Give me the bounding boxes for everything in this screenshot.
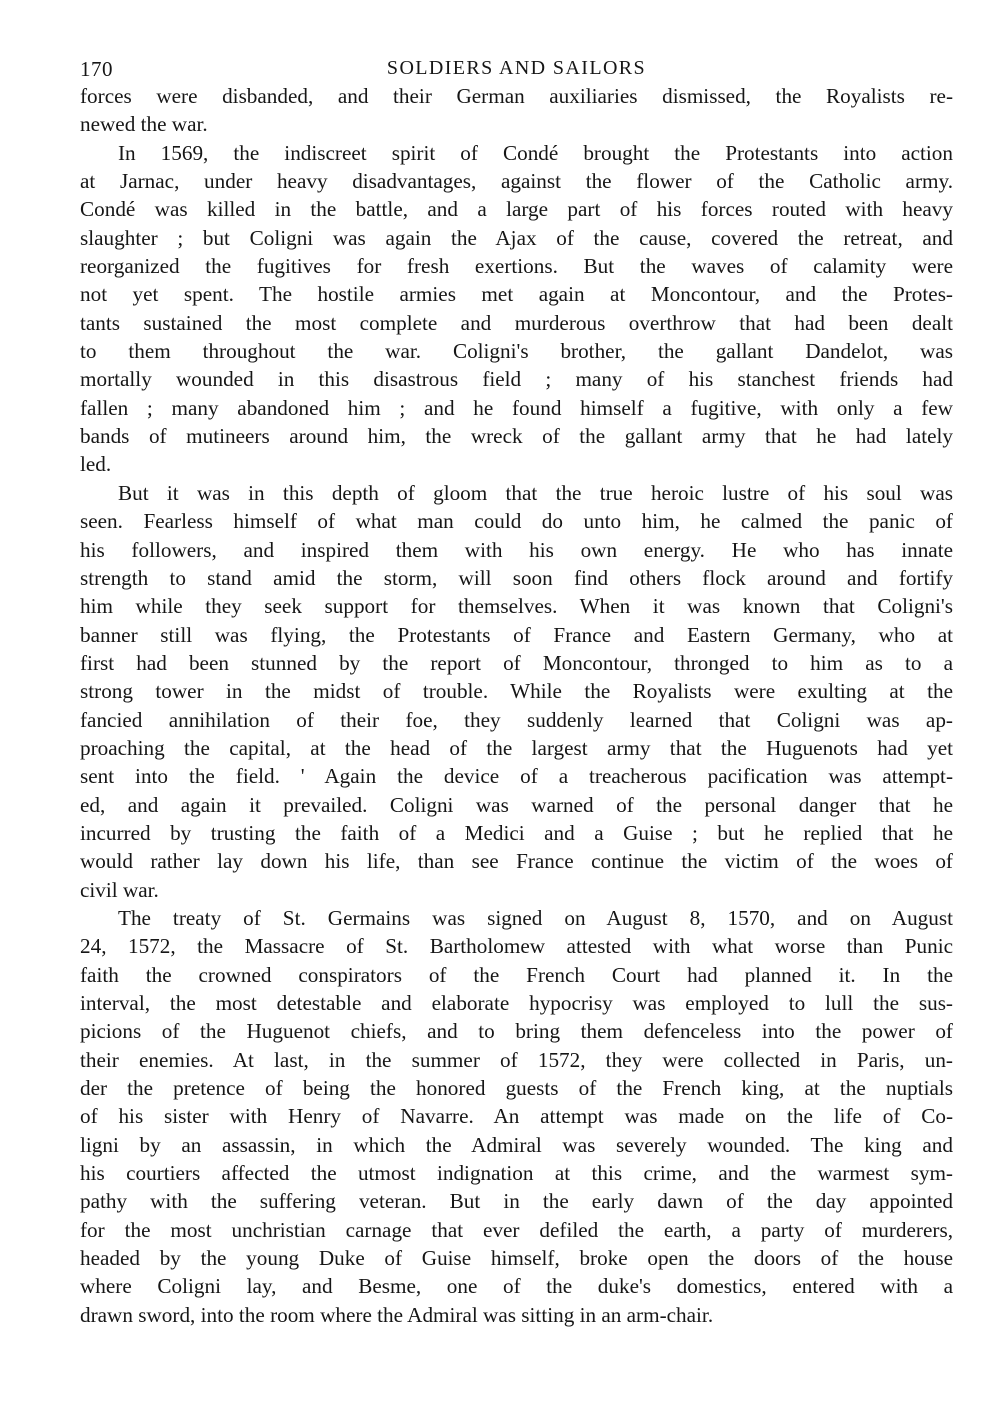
text-line: led. — [80, 450, 953, 478]
text-line: his courtiers affected the utmost indign… — [80, 1159, 953, 1187]
text-line: his followers, and inspired them with hi… — [80, 536, 953, 564]
text-line: newed the war. — [80, 110, 953, 138]
text-line: to them throughout the war. Coligni's br… — [80, 337, 953, 365]
text-line: fancied annihilation of their foe, they … — [80, 706, 953, 734]
paragraph: forces were disbanded, and their German … — [80, 82, 953, 139]
text-line: mortally wounded in this disastrous fiel… — [80, 365, 953, 393]
text-line: ed, and again it prevailed. Coligni was … — [80, 791, 953, 819]
text-line: strong tower in the midst of trouble. Wh… — [80, 677, 953, 705]
text-line: incurred by trusting the faith of a Medi… — [80, 819, 953, 847]
text-line: civil war. — [80, 876, 953, 904]
text-line: The treaty of St. Germains was signed on… — [80, 904, 953, 932]
text-line: picions of the Huguenot chiefs, and to b… — [80, 1017, 953, 1045]
text-line: him while they seek support for themselv… — [80, 592, 953, 620]
text-line: tants sustained the most complete and mu… — [80, 309, 953, 337]
text-line: drawn sword, into the room where the Adm… — [80, 1301, 953, 1329]
text-line: banner still was flying, the Protestants… — [80, 621, 953, 649]
text-line: Condé was killed in the battle, and a la… — [80, 195, 953, 223]
text-line: slaughter ; but Coligni was again the Aj… — [80, 224, 953, 252]
text-line: where Coligni lay, and Besme, one of the… — [80, 1272, 953, 1300]
paragraph: But it was in this depth of gloom that t… — [80, 479, 953, 904]
text-line: der the pretence of being the honored gu… — [80, 1074, 953, 1102]
text-line: proaching the capital, at the head of th… — [80, 734, 953, 762]
text-line: headed by the young Duke of Guise himsel… — [80, 1244, 953, 1272]
text-line: In 1569, the indiscreet spirit of Condé … — [80, 139, 953, 167]
text-line: first had been stunned by the report of … — [80, 649, 953, 677]
running-title: SOLDIERS AND SAILORS — [80, 57, 953, 80]
text-line: interval, the most detestable and elabor… — [80, 989, 953, 1017]
running-head: 170 SOLDIERS AND SAILORS — [80, 57, 953, 85]
text-line: strength to stand amid the storm, will s… — [80, 564, 953, 592]
text-line: But it was in this depth of gloom that t… — [80, 479, 953, 507]
text-line: ligni by an assassin, in which the Admir… — [80, 1131, 953, 1159]
text-line: reorganized the fugitives for fresh exer… — [80, 252, 953, 280]
text-line: at Jarnac, under heavy disadvantages, ag… — [80, 167, 953, 195]
paragraph: The treaty of St. Germains was signed on… — [80, 904, 953, 1329]
text-line: would rather lay down his life, than see… — [80, 847, 953, 875]
text-line: for the most unchristian carnage that ev… — [80, 1216, 953, 1244]
text-line: their enemies. At last, in the summer of… — [80, 1046, 953, 1074]
text-line: fallen ; many abandoned him ; and he fou… — [80, 394, 953, 422]
text-line: of his sister with Henry of Navarre. An … — [80, 1102, 953, 1130]
book-page: 170 SOLDIERS AND SAILORS forces were dis… — [0, 0, 1000, 1420]
text-line: 24, 1572, the Massacre of St. Bartholome… — [80, 932, 953, 960]
text-line: seen. Fearless himself of what man could… — [80, 507, 953, 535]
body-text: forces were disbanded, and their German … — [80, 82, 953, 1329]
text-line: faith the crowned conspirators of the Fr… — [80, 961, 953, 989]
text-line: sent into the field. ' Again the device … — [80, 762, 953, 790]
text-line: not yet spent. The hostile armies met ag… — [80, 280, 953, 308]
text-line: bands of mutineers around him, the wreck… — [80, 422, 953, 450]
text-line: pathy with the suffering veteran. But in… — [80, 1187, 953, 1215]
text-line: forces were disbanded, and their German … — [80, 82, 953, 110]
paragraph: In 1569, the indiscreet spirit of Condé … — [80, 139, 953, 479]
